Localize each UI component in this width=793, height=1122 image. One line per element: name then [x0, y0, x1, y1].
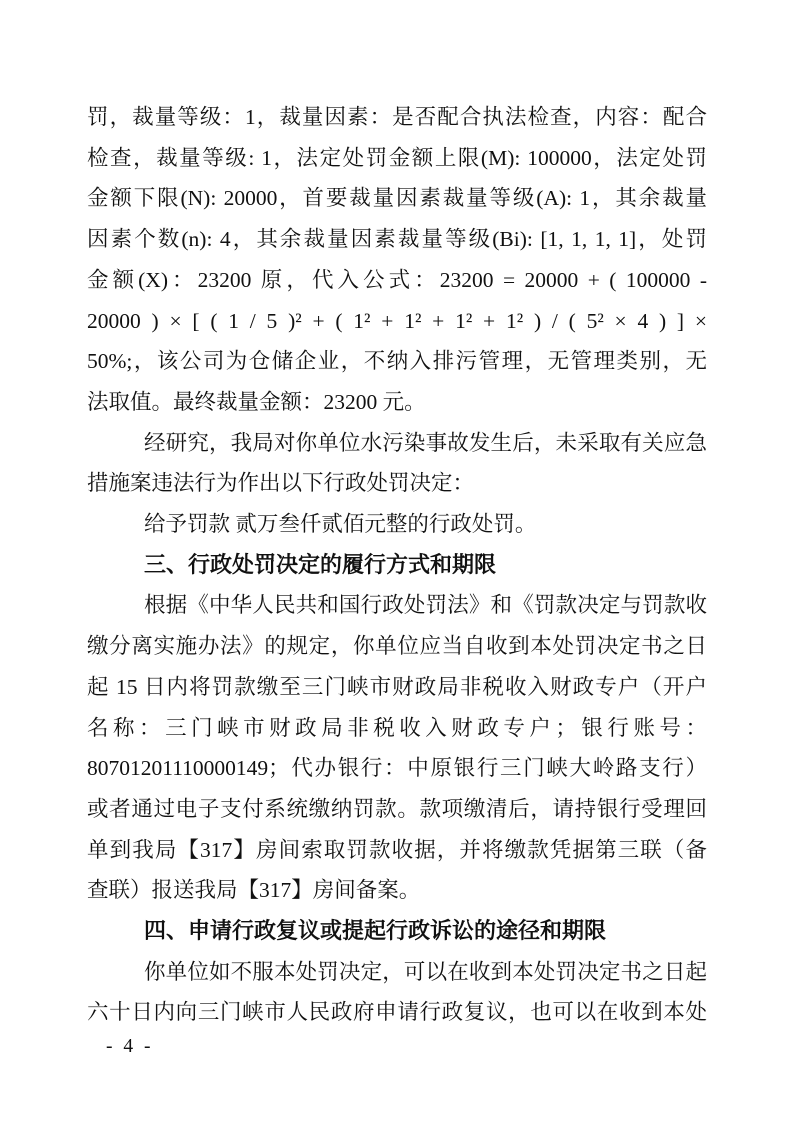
text-line: 给予罚款 贰万叁仟贰佰元整的行政处罚。: [87, 504, 707, 545]
text-line: 法取值。最终裁量金额：23200 元。: [87, 382, 707, 423]
text-line: 根据《中华人民共和国行政处罚法》和《罚款决定与罚款收: [87, 585, 707, 626]
text-line: 或者通过电子支付系统缴纳罚款。款项缴清后，请持银行受理回: [87, 789, 707, 830]
fine-amount-paragraph: 给予罚款 贰万叁仟贰佰元整的行政处罚。: [87, 504, 707, 545]
penalty-calculation-paragraph: 罚，裁量等级：1，裁量因素：是否配合执法检查，内容：配合检查，裁量等级: 1，法…: [87, 97, 707, 423]
text-line: 80701201110000149；代办银行：中原银行三门峡大岭路支行）: [87, 748, 707, 789]
text-line: 罚，裁量等级：1，裁量因素：是否配合执法检查，内容：配合: [87, 97, 707, 138]
text-line: 六十日内向三门峡市人民政府申请行政复议，也可以在收到本处: [87, 992, 707, 1033]
text-line: 金额下限(N): 20000，首要裁量因素裁量等级(A): 1，其余裁量: [87, 178, 707, 219]
text-line: 起 15 日内将罚款缴至三门峡市财政局非税收入财政专户（开户: [87, 667, 707, 708]
text-line: 因素个数(n): 4，其余裁量因素裁量等级(Bi): [1, 1, 1, 1]，…: [87, 219, 707, 260]
payment-instructions-paragraph: 根据《中华人民共和国行政处罚法》和《罚款决定与罚款收缴分离实施办法》的规定，你单…: [87, 585, 707, 911]
appeal-rights-paragraph: 你单位如不服本处罚决定，可以在收到本处罚决定书之日起六十日内向三门峡市人民政府申…: [87, 952, 707, 1033]
section-4-heading: 四、申请行政复议或提起行政诉讼的途径和期限: [87, 911, 707, 952]
text-line: 名称：三门峡市财政局非税收入财政专户；银行账号：: [87, 708, 707, 749]
text-line: 金额(X)：23200 原，代入公式：23200 = 20000 + ( 100…: [87, 260, 707, 301]
page-number: - 4 -: [106, 1036, 154, 1058]
text-line: 缴分离实施办法》的规定，你单位应当自收到本处罚决定书之日: [87, 626, 707, 667]
text-line: 50%;，该公司为仓储企业，不纳入排污管理，无管理类别，无: [87, 341, 707, 382]
text-line: 20000 ) × [ ( 1 / 5 )² + ( 1² + 1² + 1² …: [87, 301, 707, 342]
document-body: 罚，裁量等级：1，裁量因素：是否配合执法检查，内容：配合检查，裁量等级: 1，法…: [87, 97, 707, 1033]
section-3-heading: 三、行政处罚决定的履行方式和期限: [87, 545, 707, 586]
text-line: 单到我局【317】房间索取罚款收据，并将缴款凭据第三联（备: [87, 830, 707, 871]
heading-line: 四、申请行政复议或提起行政诉讼的途径和期限: [87, 911, 707, 952]
text-line: 你单位如不服本处罚决定，可以在收到本处罚决定书之日起: [87, 952, 707, 993]
text-line: 查联）报送我局【317】房间备案。: [87, 870, 707, 911]
text-line: 经研究，我局对你单位水污染事故发生后，未采取有关应急: [87, 423, 707, 464]
decision-intro-paragraph: 经研究，我局对你单位水污染事故发生后，未采取有关应急措施案违法行为作出以下行政处…: [87, 423, 707, 504]
text-line: 措施案违法行为作出以下行政处罚决定：: [87, 463, 707, 504]
document-page: 罚，裁量等级：1，裁量因素：是否配合执法检查，内容：配合检查，裁量等级: 1，法…: [0, 0, 793, 1122]
text-line: 检查，裁量等级: 1，法定处罚金额上限(M): 100000，法定处罚: [87, 138, 707, 179]
heading-line: 三、行政处罚决定的履行方式和期限: [87, 545, 707, 586]
